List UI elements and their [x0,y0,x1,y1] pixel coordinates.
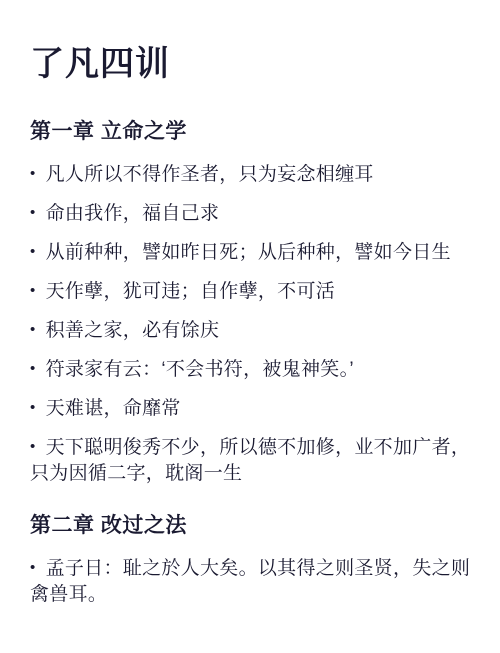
bullet-icon: • [30,278,36,303]
bullet-icon: • [30,200,36,225]
content-sections: 第一章 立命之学•凡人所以不得作圣者，只为妄念相缠耳•命由我作，福自己求•从前种… [30,119,472,607]
list-item-text: 命由我作，福自己求 [46,203,220,224]
section-heading: 第一章 立命之学 [30,119,472,145]
list-item: •命由我作，福自己求 [30,201,472,227]
bullet-icon: • [30,239,36,264]
section-heading: 第二章 改过之法 [30,513,472,539]
bullet-icon: • [30,317,36,342]
bullet-icon: • [30,161,36,186]
chapter-section: 第二章 改过之法•孟子日：耻之於人大矣。以其得之则圣贤，失之则禽兽耳。 [30,513,472,607]
bullet-list: •孟子日：耻之於人大矣。以其得之则圣贤，失之则禽兽耳。 [30,556,472,607]
list-item-text: 天难谌，命靡常 [46,398,181,419]
list-item-text: 符录家有云：‘不会书符，被鬼神笑。’ [46,359,354,380]
list-item: •天作孽，犹可违；自作孽，不可活 [30,279,472,305]
list-item-text: 从前种种，譬如昨日死；从后种种，譬如今日生 [46,242,451,263]
document-page: 了凡四训 第一章 立命之学•凡人所以不得作圣者，只为妄念相缠耳•命由我作，福自己… [0,0,500,653]
list-item: •从前种种，譬如昨日死；从后种种，譬如今日生 [30,240,472,266]
list-item-text: 天下聪明俊秀不少，所以德不加修，业不加广者，只为因循二字，耽阁一生 [30,437,470,484]
bullet-icon: • [30,555,36,580]
page-title: 了凡四训 [30,44,472,85]
chapter-section: 第一章 立命之学•凡人所以不得作圣者，只为妄念相缠耳•命由我作，福自己求•从前种… [30,119,472,486]
list-item: •凡人所以不得作圣者，只为妄念相缠耳 [30,162,472,188]
bullet-icon: • [30,356,36,381]
bullet-icon: • [30,395,36,420]
list-item: •孟子日：耻之於人大矣。以其得之则圣贤，失之则禽兽耳。 [30,556,472,607]
list-item: •符录家有云：‘不会书符，被鬼神笑。’ [30,357,472,383]
bullet-icon: • [30,434,36,459]
list-item-text: 积善之家，必有馀庆 [46,320,220,341]
list-item: •积善之家，必有馀庆 [30,318,472,344]
bullet-list: •凡人所以不得作圣者，只为妄念相缠耳•命由我作，福自己求•从前种种，譬如昨日死；… [30,162,472,486]
list-item-text: 孟子日：耻之於人大矣。以其得之则圣贤，失之则禽兽耳。 [30,558,470,605]
list-item: •天难谌，命靡常 [30,396,472,422]
list-item-text: 凡人所以不得作圣者，只为妄念相缠耳 [46,164,374,185]
list-item: •天下聪明俊秀不少，所以德不加修，业不加广者，只为因循二字，耽阁一生 [30,435,472,486]
list-item-text: 天作孽，犹可违；自作孽，不可活 [46,281,336,302]
